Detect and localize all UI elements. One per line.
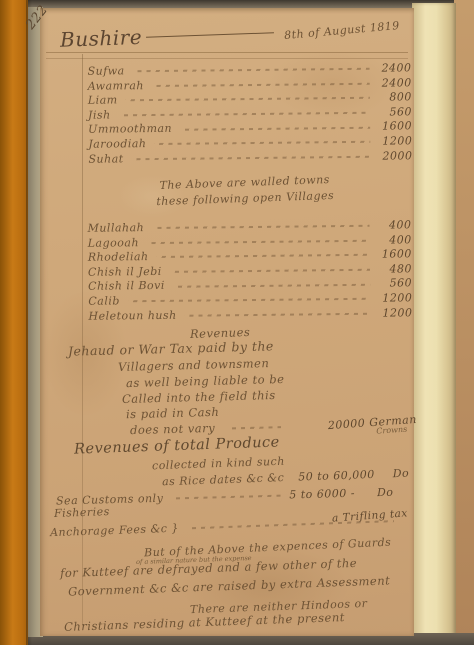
anchorage-label: Anchorage Fees &c } (50, 522, 179, 539)
town-name: Jish (88, 108, 111, 121)
walled-towns-note: The Above are walled towns these followi… (130, 172, 361, 209)
war-tax-line-4: Called into the field this (122, 388, 276, 406)
village-value: 560 (378, 277, 412, 290)
page-title: Bushire (60, 20, 275, 51)
war-tax-line-6-text: does not vary (130, 421, 215, 437)
sea-customs-unit: Do (377, 486, 394, 499)
town-value: 1600 (378, 120, 412, 133)
dotted-leader (170, 269, 370, 273)
page-date: 8th of August 1819 (284, 19, 401, 42)
list-item: Suhat 2000 (88, 149, 412, 167)
village-name: Mullahah (87, 221, 144, 235)
sea-customs-amount: 5 to 6000 - (289, 487, 355, 502)
town-value: 560 (378, 105, 412, 118)
scan-right-background (454, 0, 474, 645)
dotted-leader (227, 426, 281, 429)
title-rule-dash (146, 32, 274, 37)
dotted-leader (185, 313, 371, 317)
village-name: Chish il Jebi (88, 265, 162, 279)
village-value: 400 (377, 218, 411, 231)
dotted-leader (128, 298, 370, 303)
manuscript-page: 222 Bushire 8th of August 1819 Sufwa 240… (40, 8, 414, 636)
header-rule-lower (46, 58, 408, 59)
town-value: 2400 (377, 61, 411, 74)
header-rule-upper (46, 52, 408, 53)
village-value: 480 (378, 262, 412, 275)
village-value: 1200 (378, 291, 412, 304)
war-tax-line-5: is paid in Cash (126, 405, 220, 421)
village-name: Heletoun hush (88, 308, 176, 322)
manuscript-scan: 222 Bushire 8th of August 1819 Sufwa 240… (0, 0, 474, 645)
produce-amount: 50 to 60,000 (298, 468, 375, 484)
dotted-leader (132, 156, 371, 161)
dotted-leader (133, 68, 370, 72)
town-value: 2000 (378, 149, 412, 162)
dotted-leader (119, 112, 370, 117)
book-binding-border (0, 0, 28, 645)
walled-towns-list: Sufwa 2400 Awamrah 2400 Liam 800 Jish 56… (87, 61, 412, 167)
war-tax-amount: 20000 German Crowns (327, 413, 417, 439)
dotted-leader (180, 126, 370, 130)
fisheries-label: Fisheries (54, 505, 110, 520)
village-value: 1200 (378, 306, 412, 319)
war-tax-line-3: as well being liable to be (126, 372, 285, 390)
village-name: Chish il Bovi (88, 279, 165, 293)
dotted-leader (147, 240, 370, 244)
village-name: Lagooah (88, 236, 139, 250)
dotted-leader (171, 494, 281, 499)
margin-rule (82, 54, 83, 626)
dotted-leader (152, 83, 370, 87)
village-value: 1600 (378, 247, 412, 260)
town-name: Awamrah (88, 79, 144, 93)
dotted-leader (173, 283, 370, 287)
town-value: 1200 (378, 134, 412, 147)
produce-unit: Do (392, 467, 409, 481)
open-villages-list: Mullahah 400 Lagooah 400 Rhodeliah 1600 … (87, 218, 412, 324)
war-tax-line-1: Jehaud or War Tax paid by the (68, 338, 274, 358)
dotted-leader (126, 97, 370, 102)
village-name: Calib (88, 294, 120, 307)
village-value: 400 (378, 233, 412, 246)
list-item: Heletoun hush 1200 (88, 306, 412, 324)
produce-line-2: collected in kind such (152, 455, 285, 473)
dotted-leader (152, 225, 369, 229)
book-page-edge (412, 3, 456, 637)
dotted-leader (154, 141, 370, 145)
town-name: Suhat (88, 152, 123, 165)
village-name: Rhodeliah (88, 250, 149, 264)
dotted-leader (157, 254, 370, 258)
war-tax-line-2: Villagers and townsmen (118, 356, 270, 374)
produce-line-3-text: as Rice dates &c &c (162, 471, 285, 488)
town-name: Liam (88, 94, 118, 107)
town-name: Sufwa (87, 64, 124, 77)
town-value: 800 (378, 90, 412, 103)
town-value: 2400 (378, 76, 412, 89)
page-title-text: Bushire (60, 25, 143, 52)
town-name: Ummoothman (88, 122, 172, 136)
town-name: Jaroodiah (88, 137, 146, 151)
produce-line-1: Revenues of total Produce (74, 434, 280, 457)
